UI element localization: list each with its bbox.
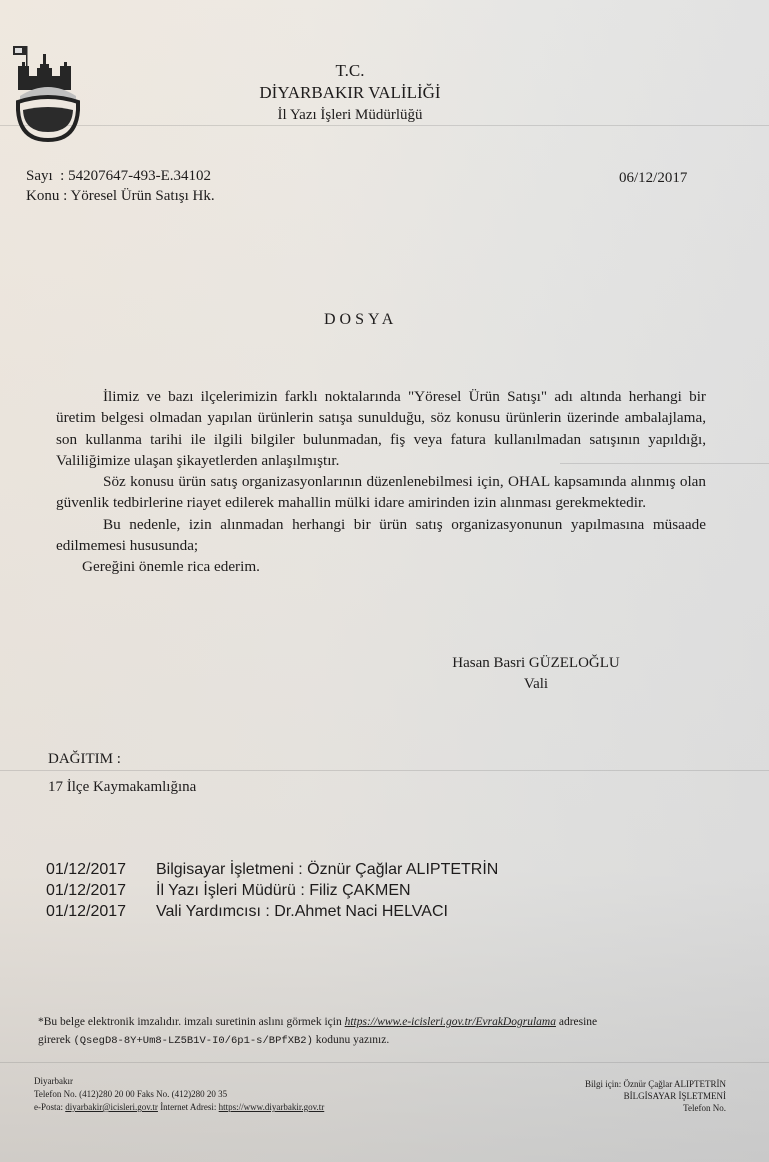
distribution-label: DAĞITIM : bbox=[48, 745, 196, 773]
distribution-item: 17 İlçe Kaymakamlığına bbox=[48, 773, 196, 801]
approval-date: 01/12/2017 bbox=[46, 859, 156, 880]
header-tc: T.C. bbox=[250, 60, 450, 82]
closing-paragraph: Gereğini önemle rica ederim. bbox=[56, 556, 706, 577]
paragraph: Söz konusu ürün satış organizasyonlarını… bbox=[56, 471, 706, 514]
header-governorship: DİYARBAKIR VALİLİĞİ bbox=[250, 82, 450, 104]
approval-chain: 01/12/2017Bilgisayar İşletmeni : Öznür Ç… bbox=[46, 859, 498, 922]
email-link[interactable]: diyarbakir@icisleri.gov.tr bbox=[65, 1102, 158, 1112]
sayi-label: Sayı bbox=[26, 168, 53, 184]
approval-text: Vali Yardımcısı : Dr.Ahmet Naci HELVACI bbox=[156, 901, 448, 922]
footer-city: Diyarbakır bbox=[34, 1075, 324, 1088]
letterhead: T.C. DİYARBAKIR VALİLİĞİ İl Yazı İşleri … bbox=[250, 60, 450, 126]
sayi-value: : 54207647-493-E.34102 bbox=[60, 168, 211, 184]
diyarbakir-municipality-emblem-icon bbox=[10, 44, 86, 144]
signatory-title: Vali bbox=[436, 674, 636, 695]
konu-value: : Yöresel Ürün Satışı Hk. bbox=[63, 188, 215, 204]
konu-label: Konu bbox=[26, 188, 59, 204]
document-date: 06/12/2017 bbox=[619, 170, 687, 187]
signatory-name: Hasan Basri GÜZELOĞLU bbox=[436, 653, 636, 674]
approval-text: Bilgisayar İşletmeni : Öznür Çağlar ALIP… bbox=[156, 859, 498, 880]
e-signature-note: *Bu belge elektronik imzalıdır. imzalı s… bbox=[38, 1013, 597, 1050]
verification-code: (QsegD8-8Y+Um8-LZ5B1V-I0/6p1-s/BPfXB2) bbox=[73, 1035, 312, 1047]
signature-block: Hasan Basri GÜZELOĞLU Vali bbox=[436, 653, 636, 695]
footer-phone: Telefon No. (412)280 20 00 Faks No. (412… bbox=[34, 1088, 324, 1101]
paragraph: İlimiz ve bazı ilçelerimizin farklı nokt… bbox=[56, 386, 706, 471]
approval-row: 01/12/2017Vali Yardımcısı : Dr.Ahmet Nac… bbox=[46, 901, 498, 922]
distribution: DAĞITIM : 17 İlçe Kaymakamlığına bbox=[48, 745, 196, 801]
approval-date: 01/12/2017 bbox=[46, 901, 156, 922]
document-meta: Sayı : 54207647-493-E.34102 Konu : Yöres… bbox=[26, 166, 215, 206]
paper-fold-line bbox=[0, 1062, 769, 1063]
paragraph: Bu nedenle, izin alınmadan herhangi bir … bbox=[56, 514, 706, 557]
footer-address: Diyarbakır Telefon No. (412)280 20 00 Fa… bbox=[34, 1075, 324, 1114]
header-department: İl Yazı İşleri Müdürlüğü bbox=[250, 104, 450, 126]
approval-row: 01/12/2017İl Yazı İşleri Müdürü : Filiz … bbox=[46, 880, 498, 901]
approval-date: 01/12/2017 bbox=[46, 880, 156, 901]
approval-row: 01/12/2017Bilgisayar İşletmeni : Öznür Ç… bbox=[46, 859, 498, 880]
verification-link[interactable]: https://www.e-icisleri.gov.tr/EvrakDogru… bbox=[345, 1016, 556, 1028]
addressee: DOSYA bbox=[324, 311, 397, 329]
approval-text: İl Yazı İşleri Müdürü : Filiz ÇAKMEN bbox=[156, 880, 411, 901]
footer-contact-info: Bilgi için: Öznür Çağlar ALIPTETRİN BİLG… bbox=[560, 1078, 726, 1114]
letter-body: İlimiz ve bazı ilçelerimizin farklı nokt… bbox=[56, 386, 706, 578]
website-link[interactable]: https://www.diyarbakir.gov.tr bbox=[219, 1102, 325, 1112]
